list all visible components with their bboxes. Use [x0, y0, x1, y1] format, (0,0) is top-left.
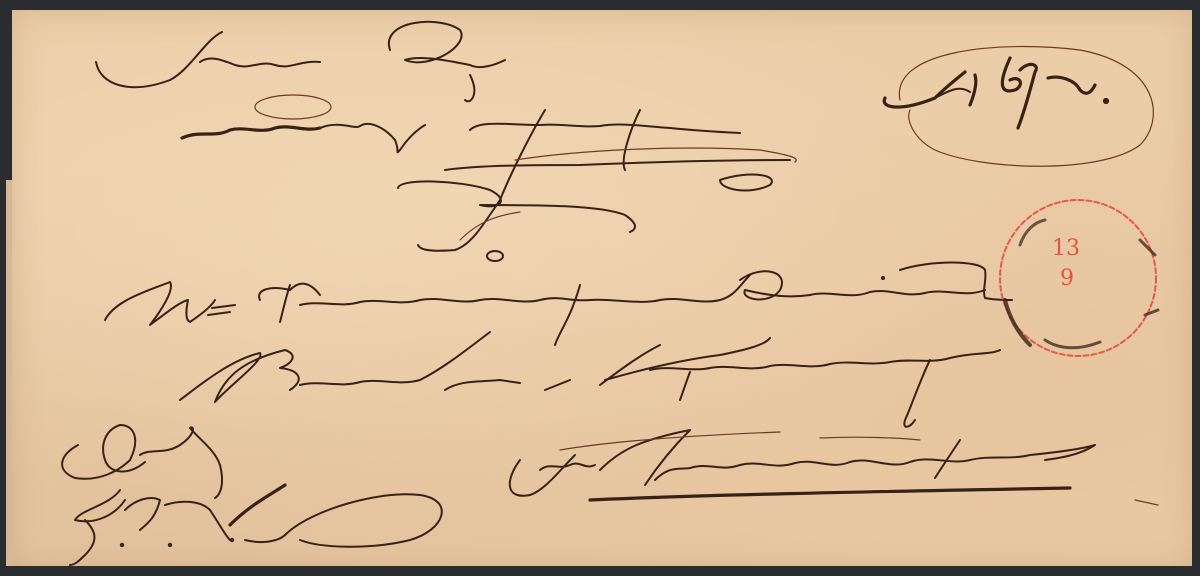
postmark-stamp	[0, 0, 1200, 576]
postmark-day: 13	[1052, 236, 1080, 261]
postmark-month: 9	[1060, 266, 1074, 291]
scan-frame: 13 9 Interes Rządu urzędowy Gmenaszan No…	[0, 0, 1200, 576]
